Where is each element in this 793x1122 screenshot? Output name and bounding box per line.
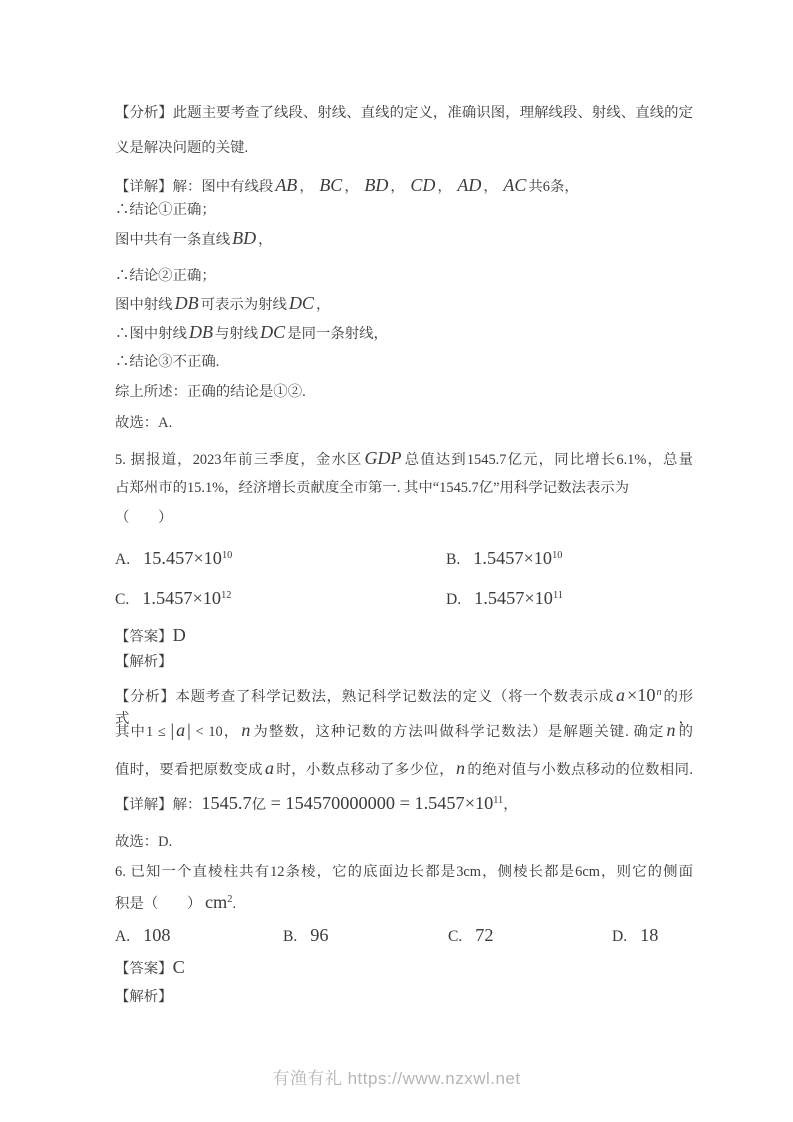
- option-label: D.: [612, 928, 627, 945]
- text-segment: 占郑州市的15.1%，经济增长贡献度全市第一. 其中“1545.7亿”用科学记数…: [115, 480, 629, 496]
- text-segment: 时，小数点移动了多少位，: [276, 762, 454, 778]
- text-segment: ，: [483, 179, 501, 195]
- text-segment: a: [614, 685, 627, 705]
- text-segment: 【答案】: [115, 629, 173, 645]
- text-segment: 故选：D.: [115, 834, 172, 850]
- text-segment: D: [173, 625, 186, 645]
- text-segment: 【详解】解：图中有线段: [115, 179, 273, 195]
- text-line: 【详解】解：图中有线段AB， BC， BD， CD， AD， AC共6条，: [115, 175, 693, 197]
- options-row: A.108B.96C.72D.18: [115, 925, 693, 951]
- text-segment: DC: [287, 293, 316, 313]
- text-segment: 可表示为射线: [201, 297, 287, 313]
- text-segment: ，: [437, 179, 455, 195]
- text-segment: < 10，: [191, 724, 240, 740]
- text-line: 【解析】: [115, 987, 693, 1007]
- text-segment: 1.5457×10: [473, 548, 552, 568]
- text-segment: CD: [408, 175, 437, 195]
- text-segment: 5. 据报道，2023年前三季度，金水区: [115, 452, 363, 468]
- text-segment: 【解析】: [115, 654, 173, 670]
- option-label: C.: [448, 928, 462, 945]
- text-segment: 值时，要看把原数变成: [115, 762, 263, 778]
- text-line: 故选：D.: [115, 832, 693, 852]
- text-segment: C: [173, 957, 185, 977]
- text-segment: 的: [678, 724, 694, 740]
- text-segment: 其中1 ≤: [115, 724, 170, 740]
- text-segment: n: [239, 720, 252, 740]
- text-line: ∴结论②正确；: [115, 266, 693, 286]
- text-line: 占郑州市的15.1%，经济增长贡献度全市第一. 其中“1545.7亿”用科学记数…: [115, 478, 693, 498]
- option-label: A.: [115, 551, 130, 568]
- text-segment: 108: [143, 925, 170, 945]
- text-segment: 与射线: [215, 326, 258, 342]
- text-segment: AD: [455, 175, 483, 195]
- text-line: ∴结论③不正确.: [115, 352, 693, 372]
- text-segment: BD: [230, 228, 258, 248]
- text-segment: AC: [501, 175, 528, 195]
- option-c: C.1.5457×1012: [115, 588, 231, 612]
- options-row: A.15.457×1010B.1.5457×1010: [115, 548, 693, 574]
- text-segment: ，: [299, 179, 317, 195]
- text-segment: ∴结论③不正确.: [115, 354, 219, 370]
- text-segment: .: [232, 896, 236, 912]
- text-segment: n: [656, 687, 663, 698]
- text-line: 【详解】解：1545.7亿 = 154570000000 = 1.5457×10…: [115, 793, 693, 817]
- text-segment: ∴图中射线: [115, 326, 187, 342]
- text-segment: a: [263, 758, 276, 778]
- text-segment: 亿: [252, 797, 266, 813]
- text-segment: 【分析】此题主要考查了线段、射线、直线的定义，准确识图，理解线段、射线、直线的定: [115, 105, 693, 121]
- text-line: 图中射线DB可表示为射线DC，: [115, 293, 693, 315]
- text-segment: 72: [475, 925, 493, 945]
- text-segment: 【解析】: [115, 989, 173, 1005]
- text-line: 图中共有一条直线BD，: [115, 228, 693, 250]
- text-segment: ∴结论①正确；: [115, 202, 216, 218]
- option-label: B.: [446, 551, 460, 568]
- text-segment: 10: [222, 550, 232, 561]
- text-line: ∴图中射线DB与射线DC是同一条射线，: [115, 322, 693, 344]
- text-segment: 18: [640, 925, 658, 945]
- text-segment: ，: [390, 179, 408, 195]
- text-segment: a: [174, 720, 187, 740]
- option-label: C.: [115, 591, 129, 608]
- text-segment: DB: [173, 293, 201, 313]
- text-segment: 的绝对值与小数点移动的位数相同.: [467, 762, 693, 778]
- text-segment: 12: [221, 590, 231, 601]
- text-segment: 11: [553, 590, 563, 601]
- text-segment: ，: [258, 232, 272, 248]
- options-row: C.1.5457×1012D.1.5457×1011: [115, 588, 693, 614]
- text-segment: 图中射线: [115, 297, 173, 313]
- text-segment: 【答案】: [115, 961, 173, 977]
- text-segment: ，: [344, 179, 362, 195]
- text-segment: 图中共有一条直线: [115, 232, 230, 248]
- text-segment: BC: [317, 175, 344, 195]
- text-line: 综上所述：正确的结论是①②.: [115, 382, 693, 402]
- option-c: C.72: [448, 925, 494, 947]
- text-segment: BD: [362, 175, 390, 195]
- text-segment: 义是解决问题的关键.: [115, 140, 248, 156]
- text-line: 【解析】: [115, 652, 693, 672]
- text-segment: n: [454, 758, 467, 778]
- text-segment: （ ）: [115, 510, 173, 526]
- option-label: A.: [115, 928, 130, 945]
- text-line: （ ）: [115, 508, 693, 528]
- text-segment: 积是（ ）: [115, 896, 205, 912]
- text-line: 5. 据报道，2023年前三季度，金水区GDP总值达到1545.7亿元，同比增长…: [115, 448, 693, 470]
- option-a: A.108: [115, 925, 171, 947]
- text-segment: ，: [316, 297, 330, 313]
- text-segment: 是同一条射线，: [287, 326, 388, 342]
- text-segment: 故选：A.: [115, 415, 172, 431]
- text-line: 故选：A.: [115, 413, 693, 433]
- document-page: 【分析】此题主要考查了线段、射线、直线的定义，准确识图，理解线段、射线、直线的定…: [0, 0, 793, 1122]
- text-segment: 6. 已知一个直棱柱共有12条棱，它的底面边长都是3cm，侧棱长都是6cm，则它…: [115, 864, 693, 880]
- text-segment: 总值达到1545.7亿元，同比增长6.1%，总量: [404, 452, 693, 468]
- text-segment: 11: [493, 795, 503, 806]
- text-line: 义是解决问题的关键.: [115, 138, 693, 158]
- option-a: A.15.457×1010: [115, 548, 232, 572]
- text-line: 值时，要看把原数变成a时，小数点移动了多少位，n的绝对值与小数点移动的位数相同.: [115, 758, 693, 780]
- text-segment: cm: [205, 892, 227, 912]
- text-segment: 【详解】解：: [115, 797, 201, 813]
- text-segment: 综上所述：正确的结论是①②.: [115, 384, 306, 400]
- text-segment: DB: [187, 322, 215, 342]
- text-segment: 1.5457×10: [474, 588, 553, 608]
- text-line: 6. 已知一个直棱柱共有12条棱，它的底面边长都是3cm，侧棱长都是6cm，则它…: [115, 862, 693, 882]
- text-segment: 1.5457×10: [142, 588, 221, 608]
- footer-watermark: 有渔有礼 https://www.nzxwl.net: [0, 1064, 793, 1089]
- option-b: B.1.5457×1010: [446, 548, 562, 572]
- text-segment: 1545.7: [201, 793, 251, 813]
- text-line: 【答案】D: [115, 625, 693, 647]
- text-segment: DC: [258, 322, 287, 342]
- option-label: B.: [283, 928, 297, 945]
- text-segment: ×10: [627, 685, 656, 705]
- text-segment: 为整数，这种记数的方法叫做科学记数法）是解题关键. 确定: [252, 724, 664, 740]
- text-segment: 10: [552, 550, 562, 561]
- text-segment: 15.457×10: [143, 548, 222, 568]
- text-segment: 2: [227, 894, 232, 905]
- text-segment: = 154570000000 = 1.5457×10: [266, 793, 493, 813]
- option-d: D.1.5457×1011: [446, 588, 563, 612]
- text-line: 积是（ ） cm2.: [115, 892, 693, 916]
- text-line: 【答案】C: [115, 957, 693, 979]
- option-b: B.96: [283, 925, 329, 947]
- text-segment: ，: [503, 797, 517, 813]
- text-segment: 【分析】本题考查了科学记数法，熟记科学记数法的定义（将一个数表示成: [115, 689, 614, 705]
- option-d: D.18: [612, 925, 658, 947]
- text-segment: GDP: [363, 448, 404, 468]
- text-line: ∴结论①正确；: [115, 200, 693, 220]
- text-segment: 共6条，: [528, 179, 578, 195]
- text-segment: ∴结论②正确；: [115, 268, 216, 284]
- option-label: D.: [446, 591, 461, 608]
- text-line: 其中1 ≤ |a| < 10，n为整数，这种记数的方法叫做科学记数法）是解题关键…: [115, 720, 693, 742]
- text-segment: 96: [310, 925, 328, 945]
- text-line: 【分析】此题主要考查了线段、射线、直线的定义，准确识图，理解线段、射线、直线的定: [115, 103, 693, 123]
- text-segment: AB: [273, 175, 299, 195]
- text-segment: n: [665, 720, 678, 740]
